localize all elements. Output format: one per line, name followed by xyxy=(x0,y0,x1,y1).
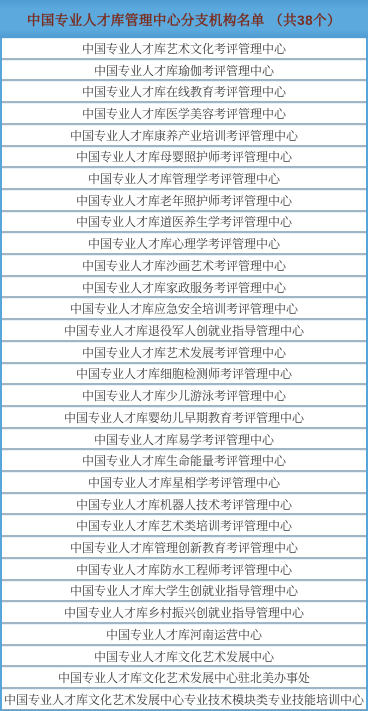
list-item: 中国专业人才库沙画艺术考评管理中心 xyxy=(2,255,366,277)
list-item: 中国专业人才库文化艺术发展中心 xyxy=(2,646,366,668)
list-item: 中国专业人才库管理创新教育考评管理中心 xyxy=(2,537,366,559)
list-item: 中国专业人才库家政服务考评管理中心 xyxy=(2,277,366,299)
list-item: 中国专业人才库易学考评管理中心 xyxy=(2,429,366,451)
list-item: 中国专业人才库星相学考评管理中心 xyxy=(2,472,366,494)
branch-list: 中国专业人才库艺术文化考评管理中心中国专业人才库瑜伽考评管理中心中国专业人才库在… xyxy=(0,38,368,711)
list-item: 中国专业人才库母婴照护师考评管理中心 xyxy=(2,147,366,169)
list-item: 中国专业人才库河南运营中心 xyxy=(2,624,366,646)
list-item: 中国专业人才库心理学考评管理中心 xyxy=(2,233,366,255)
page-title: 中国专业人才库管理中心分支机构名单 （共38个） xyxy=(0,0,368,38)
list-item: 中国专业人才库细胞检测师考评管理中心 xyxy=(2,364,366,386)
list-item: 中国专业人才库文化艺术发展中心专业技术模块类专业技能培训中心 xyxy=(2,689,366,710)
list-item: 中国专业人才库生命能量考评管理中心 xyxy=(2,450,366,472)
list-item: 中国专业人才库少儿游泳考评管理中心 xyxy=(2,385,366,407)
list-item: 中国专业人才库婴幼儿早期教育考评管理中心 xyxy=(2,407,366,429)
list-item: 中国专业人才库老年照护师考评管理中心 xyxy=(2,190,366,212)
list-item: 中国专业人才库管理学考评管理中心 xyxy=(2,168,366,190)
list-item: 中国专业人才库康养产业培训考评管理中心 xyxy=(2,125,366,147)
list-item: 中国专业人才库文化艺术发展中心驻北美办事处 xyxy=(2,667,366,689)
list-item: 中国专业人才库机器人技术考评管理中心 xyxy=(2,494,366,516)
list-item: 中国专业人才库应急安全培训考评管理中心 xyxy=(2,298,366,320)
list-item: 中国专业人才库艺术发展考评管理中心 xyxy=(2,342,366,364)
list-item: 中国专业人才库医学美容考评管理中心 xyxy=(2,103,366,125)
list-item: 中国专业人才库艺术类培训考评管理中心 xyxy=(2,515,366,537)
list-item: 中国专业人才库艺术文化考评管理中心 xyxy=(2,38,366,60)
list-item: 中国专业人才库退役军人创就业指导管理中心 xyxy=(2,320,366,342)
list-item: 中国专业人才库防水工程师考评管理中心 xyxy=(2,559,366,581)
list-item: 中国专业人才库乡村振兴创就业指导管理中心 xyxy=(2,602,366,624)
list-item: 中国专业人才库瑜伽考评管理中心 xyxy=(2,60,366,82)
list-item: 中国专业人才库在线教育考评管理中心 xyxy=(2,81,366,103)
list-item: 中国专业人才库道医养生学考评管理中心 xyxy=(2,212,366,234)
list-item: 中国专业人才库大学生创就业指导管理中心 xyxy=(2,581,366,603)
page: 中国专业人才库管理中心分支机构名单 （共38个） 中国专业人才库艺术文化考评管理… xyxy=(0,0,368,711)
